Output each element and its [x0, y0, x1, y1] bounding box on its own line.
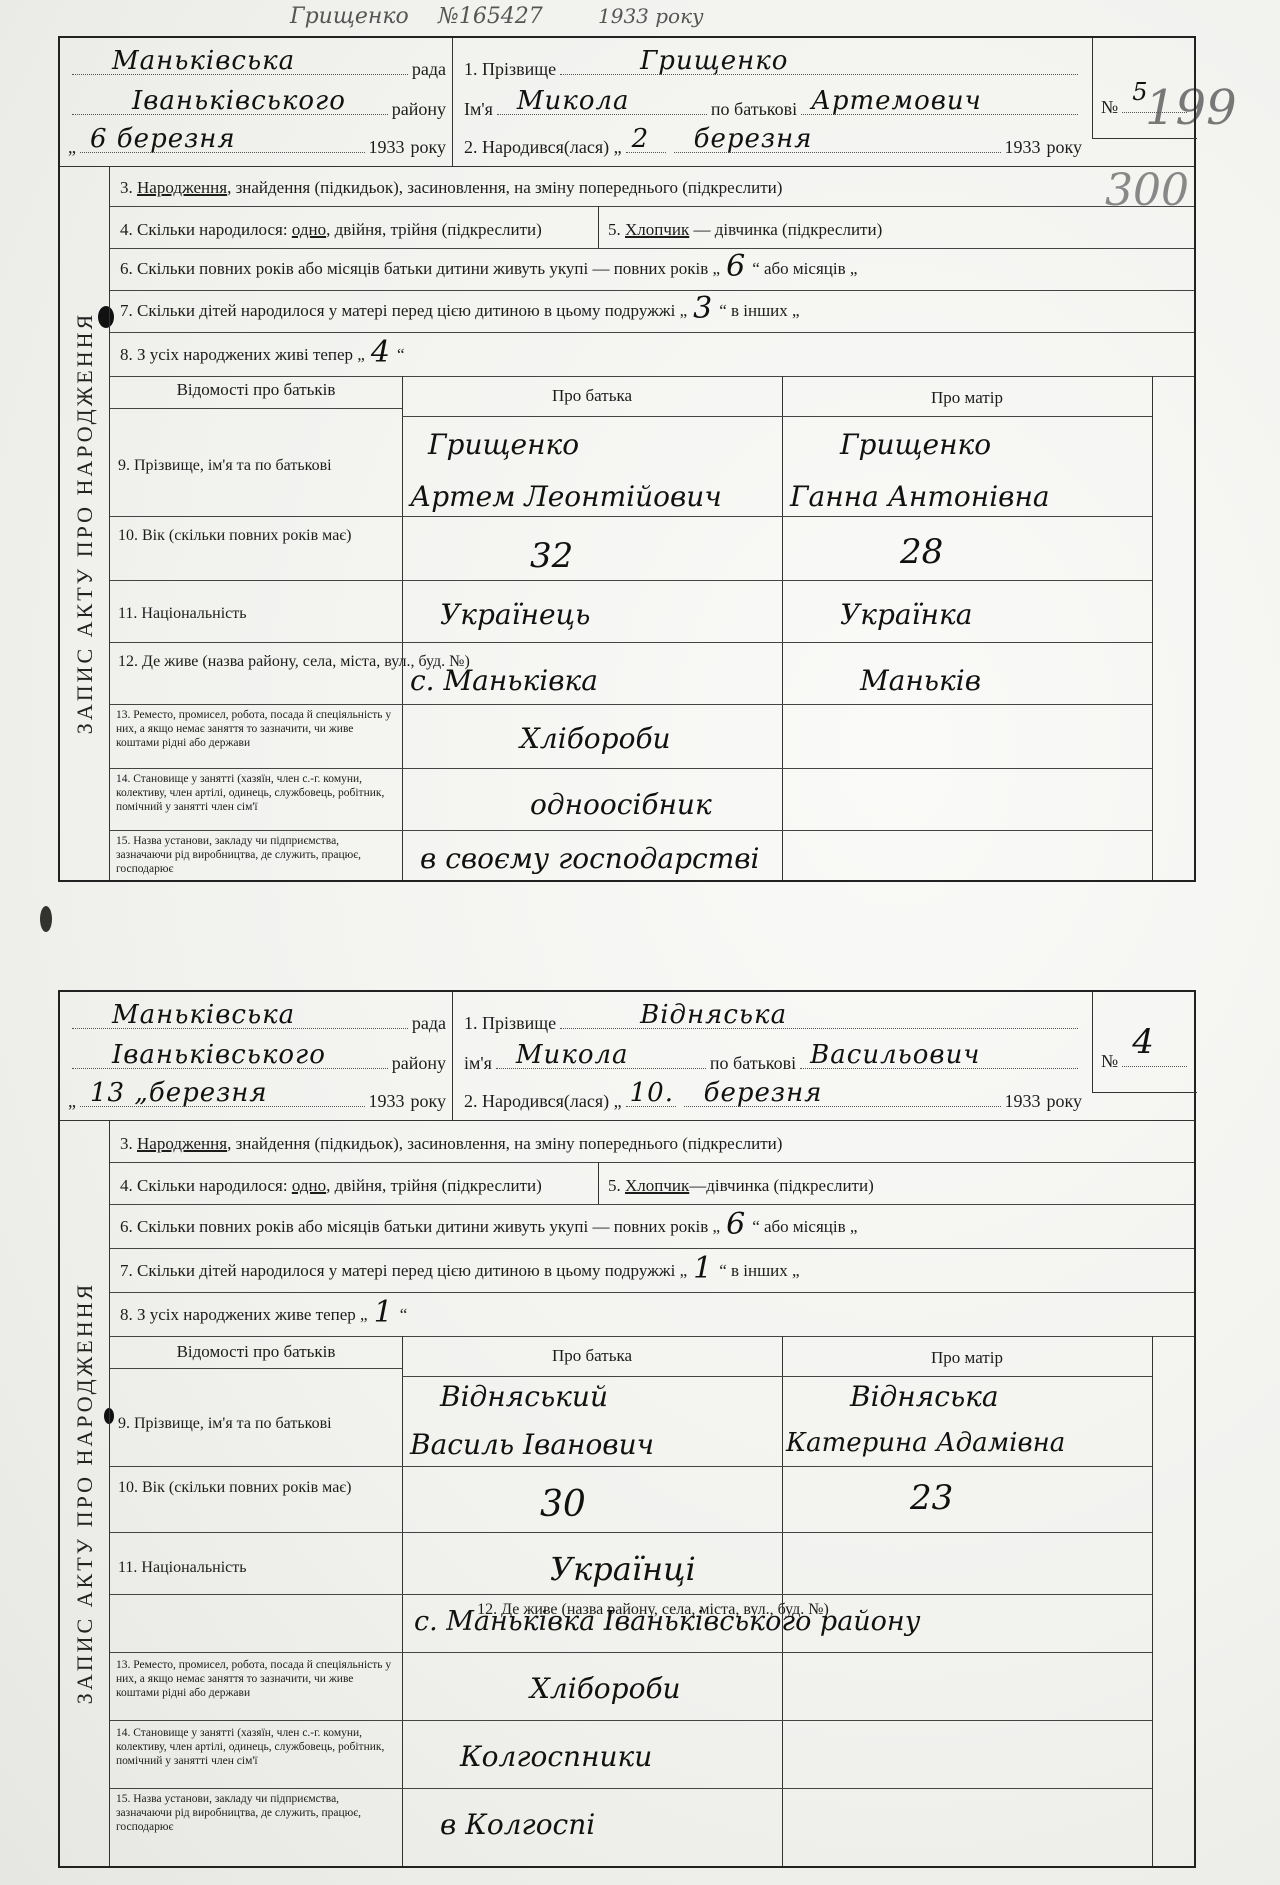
q3-text: , знайдення (підкидьок), засиновлення, н…: [227, 178, 782, 197]
header-father: Про батька: [402, 386, 782, 406]
q11-label: 11. Національність: [118, 604, 1188, 623]
q7-suffix: “ в інших „: [719, 1261, 799, 1280]
q14-label: 14. Становище у занятті (хазяїн, член с.…: [116, 772, 396, 814]
parents-nationality: Українці: [550, 1550, 696, 1588]
district-value: Іваньківського: [112, 1040, 326, 1070]
q6-text: 6. Скільки повних років або місяців бать…: [120, 259, 720, 278]
number-label: №: [1101, 1051, 1118, 1072]
form-body: 3. Народження, знайдення (підкидьок), за…: [110, 1120, 1194, 1866]
divider: [598, 206, 599, 248]
born-month: березня: [694, 124, 813, 154]
father-nationality: Українець: [440, 598, 590, 631]
father-residence: с. Маньківка: [410, 664, 598, 697]
q7-value: 1: [693, 1251, 713, 1286]
q5-options: — дівчинка (підкреслити): [689, 220, 882, 239]
q14-label: 14. Становище у занятті (хазяїн, член с.…: [116, 1726, 396, 1768]
born-year-label: року: [1047, 137, 1083, 158]
council-value: Маньківська: [112, 1000, 295, 1030]
employment-status: одноосібник: [530, 788, 712, 821]
year-label: року: [411, 137, 447, 158]
parents-table: Відомості про батьків Про батька Про мат…: [110, 376, 1194, 880]
mother-surname: Відняська: [850, 1380, 999, 1413]
q13-label: 13. Реместо, промисел, робота, посада й …: [116, 1658, 396, 1700]
q9-label: 9. Прізвище, ім'я та по батькові: [118, 456, 1188, 475]
q15-label: 15. Назва установи, закладу чи підприємс…: [116, 834, 396, 876]
patronymic-value: Васильович: [810, 1040, 980, 1070]
surname-value: Відняська: [640, 1000, 787, 1030]
form-body: 3. Народження, знайдення (підкидьок), за…: [110, 166, 1194, 880]
father-age: 32: [530, 536, 573, 576]
question-3-row: 3. Народження, знайдення (підкидьок), за…: [110, 1120, 1194, 1163]
mother-residence: Маньків: [860, 664, 981, 697]
registration-place: Маньківська рада Іваньківського району „…: [60, 38, 453, 166]
council-label: рада: [412, 59, 446, 80]
q4-text: 4. Скільки народилося:: [120, 220, 292, 239]
occupation: Хлібороби: [530, 1672, 681, 1705]
top-margin-note-year: 1933 року: [598, 4, 704, 28]
q3-selected: Народження: [137, 178, 227, 197]
record-number: 4: [1132, 1022, 1155, 1062]
divider: [598, 1162, 599, 1204]
header-mother: Про матір: [782, 388, 1152, 408]
mother-surname: Грищенко: [840, 428, 991, 461]
born-day: 2: [632, 124, 650, 154]
registration-date: 13 „березня: [90, 1078, 268, 1108]
divider: [110, 830, 1152, 831]
form-header: Маньківська рада Іваньківського району „…: [60, 992, 1194, 1121]
q5-options: —дівчинка (підкреслити): [689, 1176, 873, 1195]
header-parents-info: Відомості про батьків: [110, 1342, 402, 1362]
registration-date: 6 березня: [90, 124, 236, 154]
father-surname: Грищенко: [428, 428, 579, 461]
q8-suffix: “: [397, 345, 405, 364]
divider: [110, 1532, 1152, 1533]
divider: [110, 1788, 1152, 1789]
father-surname: Відняський: [440, 1380, 608, 1413]
question-4-5-row: 4. Скільки народилося: одно, двійня, трі…: [110, 206, 1194, 249]
born-year-label: року: [1047, 1091, 1083, 1112]
mother-name: Ганна Антонівна: [790, 480, 1050, 513]
born-month: березня: [704, 1078, 823, 1108]
ink-blot: [40, 906, 52, 932]
patronymic-label: по батькові: [710, 1053, 796, 1074]
q5-num: 5.: [608, 220, 625, 239]
divider: [110, 642, 1152, 643]
mother-name: Катерина Адамівна: [786, 1428, 1065, 1458]
q8-value: 4: [371, 335, 391, 370]
top-margin-note-number: №165427: [438, 4, 543, 29]
q3-num: 3.: [120, 1134, 133, 1153]
mother-nationality: Українка: [840, 598, 972, 631]
record-number-box: № 5: [1092, 38, 1197, 139]
header-father: Про батька: [402, 1346, 782, 1366]
record-number: 5: [1132, 78, 1148, 106]
question-7-row: 7. Скільки дітей народилося у матері пер…: [110, 290, 1194, 333]
father-age: 30: [540, 1484, 586, 1525]
mother-age: 28: [900, 532, 943, 572]
q15-label: 15. Назва установи, закладу чи підприємс…: [116, 1792, 396, 1834]
q7-value: 3: [693, 291, 713, 326]
q10-label: 10. Вік (скільки повних років має): [118, 526, 1188, 545]
patronymic-label: по батькові: [711, 99, 797, 120]
q8-value: 1: [374, 1295, 394, 1330]
q7-suffix: “ в інших „: [719, 301, 799, 320]
q4-options: , двійня, трійня (підкреслити): [326, 1176, 542, 1195]
q8-text: 8. З усіх народжених живі тепер „: [120, 345, 365, 364]
date-quote: „: [68, 137, 76, 158]
divider: [402, 1376, 1152, 1377]
divider: [110, 408, 402, 409]
q6-years: 6: [726, 249, 746, 284]
registration-place: Маньківська рада Іваньківського району „…: [60, 992, 453, 1120]
child-identity: 1. Прізвище Грищенко Ім'я Микола по бать…: [452, 38, 1092, 166]
scanned-page: Грищенко №165427 1933 року 199 300 Маньк…: [0, 0, 1280, 1885]
date-quote: „: [68, 1091, 76, 1112]
question-3-row: 3. Народження, знайдення (підкидьок), за…: [110, 166, 1194, 207]
q3-selected: Народження: [137, 1134, 227, 1153]
council-label: рада: [412, 1013, 446, 1034]
divider: [110, 1368, 402, 1369]
district-label: району: [392, 1053, 446, 1074]
occupation: Хлібороби: [520, 722, 671, 755]
q5-selected: Хлопчик: [625, 1176, 689, 1195]
q10-label: 10. Вік (скільки повних років має): [118, 1478, 1188, 1497]
q13-label: 13. Реместо, промисел, робота, посада й …: [116, 708, 396, 750]
workplace: в своєму господарстві: [420, 842, 760, 875]
born-year: 1933: [1005, 137, 1041, 158]
side-label-strip: ЗАПИС АКТУ ПРО НАРОДЖЕННЯ: [60, 1120, 110, 1866]
year-label: року: [411, 1091, 447, 1112]
q6-suffix: “ або місяців „: [752, 1217, 857, 1236]
q3-num: 3.: [120, 178, 133, 197]
q8-suffix: “: [400, 1305, 408, 1324]
q7-text: 7. Скільки дітей народилося у матері пер…: [120, 1261, 687, 1280]
workplace: в Колгоспі: [440, 1808, 595, 1841]
form-header: Маньківська рада Іваньківського району „…: [60, 38, 1194, 167]
parents-residence: с. Маньківка Іваньківського району: [414, 1606, 920, 1637]
council-value: Маньківська: [112, 46, 295, 76]
q12-label: 12. Де живе (назва району, села, міста, …: [118, 652, 1188, 671]
header-mother: Про матір: [782, 1348, 1152, 1368]
question-6-row: 6. Скільки повних років або місяців бать…: [110, 1204, 1194, 1249]
q7-text: 7. Скільки дітей народилося у матері пер…: [120, 301, 687, 320]
q3-text: , знайдення (підкидьок), засиновлення, н…: [227, 1134, 782, 1153]
q4-selected: одно: [292, 220, 326, 239]
q8-text: 8. З усіх народжених живе тепер „: [120, 1305, 368, 1324]
q5-selected: Хлопчик: [625, 220, 689, 239]
mother-age: 23: [910, 1478, 953, 1518]
child-identity: 1. Прізвище Відняська ім'я Микола по бат…: [452, 992, 1092, 1120]
side-label: ЗАПИС АКТУ ПРО НАРОДЖЕННЯ: [72, 1282, 98, 1704]
district-label: району: [392, 99, 446, 120]
top-margin-note-name: Грищенко: [290, 4, 409, 29]
divider: [110, 580, 1152, 581]
surname-value: Грищенко: [640, 46, 788, 76]
q4-selected: одно: [292, 1176, 326, 1195]
registration-year: 1933: [369, 137, 405, 158]
father-name: Артем Леонтійович: [410, 480, 722, 513]
divider: [110, 1652, 1152, 1653]
divider: [110, 1466, 1152, 1467]
q5-num: 5.: [608, 1176, 625, 1195]
side-label: ЗАПИС АКТУ ПРО НАРОДЖЕННЯ: [72, 312, 98, 734]
q4-text: 4. Скільки народилося:: [120, 1176, 292, 1195]
divider: [110, 704, 1152, 705]
number-label: №: [1101, 97, 1118, 118]
born-label: 2. Народився(лася) „: [464, 137, 622, 158]
name-value: Микола: [516, 1040, 629, 1070]
born-label: 2. Народився(лася) „: [464, 1091, 622, 1112]
employment-status: Колгоспники: [460, 1740, 652, 1773]
q6-text: 6. Скільки повних років або місяців бать…: [120, 1217, 720, 1236]
side-label-strip: ЗАПИС АКТУ ПРО НАРОДЖЕННЯ: [60, 166, 110, 880]
divider: [110, 768, 1152, 769]
divider: [110, 1720, 1152, 1721]
question-8-row: 8. З усіх народжених живі тепер „4“: [110, 332, 1194, 377]
divider: [402, 416, 1152, 417]
birth-record-form-2: Маньківська рада Іваньківського району „…: [58, 990, 1196, 1868]
patronymic-value: Артемович: [811, 86, 982, 116]
name-label: ім'я: [464, 1053, 492, 1074]
question-7-row: 7. Скільки дітей народилося у матері пер…: [110, 1248, 1194, 1293]
surname-label: 1. Прізвище: [464, 1013, 556, 1034]
born-day: 10.: [630, 1078, 674, 1108]
surname-label: 1. Прізвище: [464, 59, 556, 80]
record-number-box: № 4: [1092, 992, 1197, 1093]
district-value: Іваньківського: [132, 86, 346, 116]
divider: [110, 1594, 1152, 1595]
parents-table: Відомості про батьків Про батька Про мат…: [110, 1336, 1194, 1866]
name-value: Микола: [517, 86, 630, 116]
born-year: 1933: [1005, 1091, 1041, 1112]
father-name: Василь Іванович: [410, 1428, 654, 1461]
birth-record-form-1: Маньківська рада Іваньківського району „…: [58, 36, 1196, 882]
question-6-row: 6. Скільки повних років або місяців бать…: [110, 248, 1194, 291]
divider: [110, 516, 1152, 517]
name-label: Ім'я: [464, 99, 493, 120]
header-parents-info: Відомості про батьків: [110, 380, 402, 400]
registration-year: 1933: [369, 1091, 405, 1112]
question-4-5-row: 4. Скільки народилося: одно, двійня, трі…: [110, 1162, 1194, 1205]
q6-years: 6: [726, 1207, 746, 1242]
q6-suffix: “ або місяців „: [752, 259, 857, 278]
q4-options: , двійня, трійня (підкреслити): [326, 220, 542, 239]
question-8-row: 8. З усіх народжених живе тепер „1“: [110, 1292, 1194, 1337]
